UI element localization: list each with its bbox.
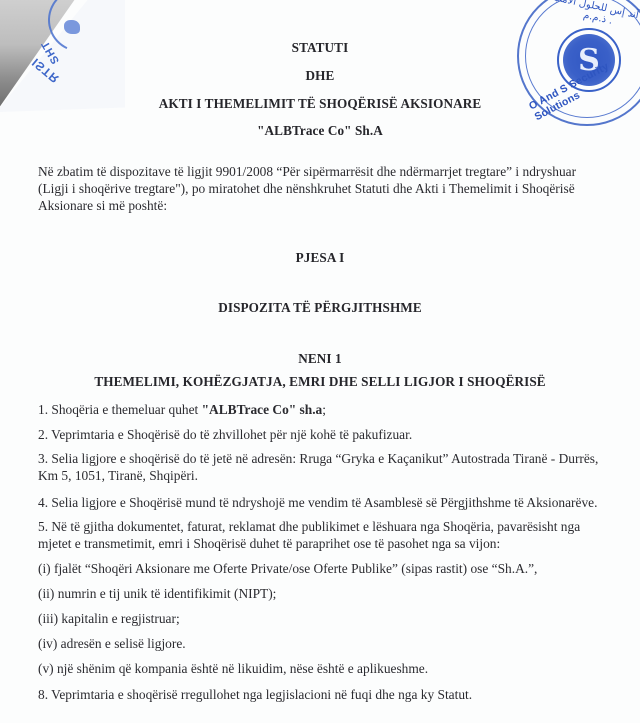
clause-1: 1. Shoqëria e themeluar quhet "ALBTrace … (38, 401, 608, 418)
article-title: THEMELIMI, KOHËZGJATJA, EMRI DHE SELLI L… (0, 374, 640, 390)
clause-3: 3. Selia ligjore e shoqërisë do të jetë … (38, 450, 608, 484)
clause-3-line-2: Km 5, 1051, Tiranë, Shqipëri. (38, 467, 608, 484)
clause-1-text: 1. Shoqëria e themeluar quhet (38, 402, 202, 417)
clause-8: 8. Veprimtaria e shoqërisë rregullohet n… (38, 686, 608, 703)
sub-item-v: (v) një shënim që kompania është në liku… (38, 660, 608, 677)
sub-item-iii: (iii) kapitalin e regjistruar; (38, 610, 608, 627)
clause-3-line-1: 3. Selia ligjore e shoqërisë do të jetë … (38, 450, 608, 467)
clause-5: 5. Në të gjitha dokumentet, faturat, rek… (38, 518, 608, 552)
article-number: NENI 1 (0, 351, 640, 367)
intro-line-1: Në zbatim të dispozitave të ligjit 9901/… (38, 163, 608, 180)
clause-5-line-2: mjetet e transmetimit, emri i Shoqërisë … (38, 535, 608, 552)
intro-line-2: (Ligji i shoqërive tregtare"), po mirato… (38, 180, 608, 197)
eagle-emblem-icon (64, 20, 80, 34)
company-name-bold: "ALBTrace Co" sh.a (202, 402, 323, 417)
doc-title-dhe: DHE (0, 68, 640, 84)
clause-1-suffix: ; (322, 402, 326, 417)
intro-paragraph: Në zbatim të dispozitave të ligjit 9901/… (38, 163, 608, 214)
part-subtitle: DISPOZITA TË PËRGJITHSHME (0, 300, 640, 316)
intro-line-3: Aksionare si më poshtë: (38, 197, 608, 214)
sub-item-iv: (iv) adresën e selisë ligjore. (38, 635, 608, 652)
clause-5-line-1: 5. Në të gjitha dokumentet, faturat, rek… (38, 518, 608, 535)
doc-title-statuti: STATUTI (0, 40, 640, 56)
sub-item-ii: (ii) numrin e tij unik të identifikimit … (38, 585, 608, 602)
document-page: SHT ISTR أو آند إس للحلول الأمنية . ذ.م.… (0, 0, 640, 723)
sub-item-i: (i) fjalët “Shoqëri Aksionare me Oferte … (38, 560, 608, 577)
part-title: PJESA I (0, 250, 640, 266)
doc-title-company: "ALBTrace Co" Sh.A (0, 123, 640, 139)
clause-2: 2. Veprimtaria e Shoqërisë do të zhvillo… (38, 426, 608, 443)
clause-4: 4. Selia ligjore e Shoqërisë mund të ndr… (38, 494, 608, 511)
doc-title-akti: AKTI I THEMELIMIT TË SHOQËRISË AKSIONARE (0, 96, 640, 112)
